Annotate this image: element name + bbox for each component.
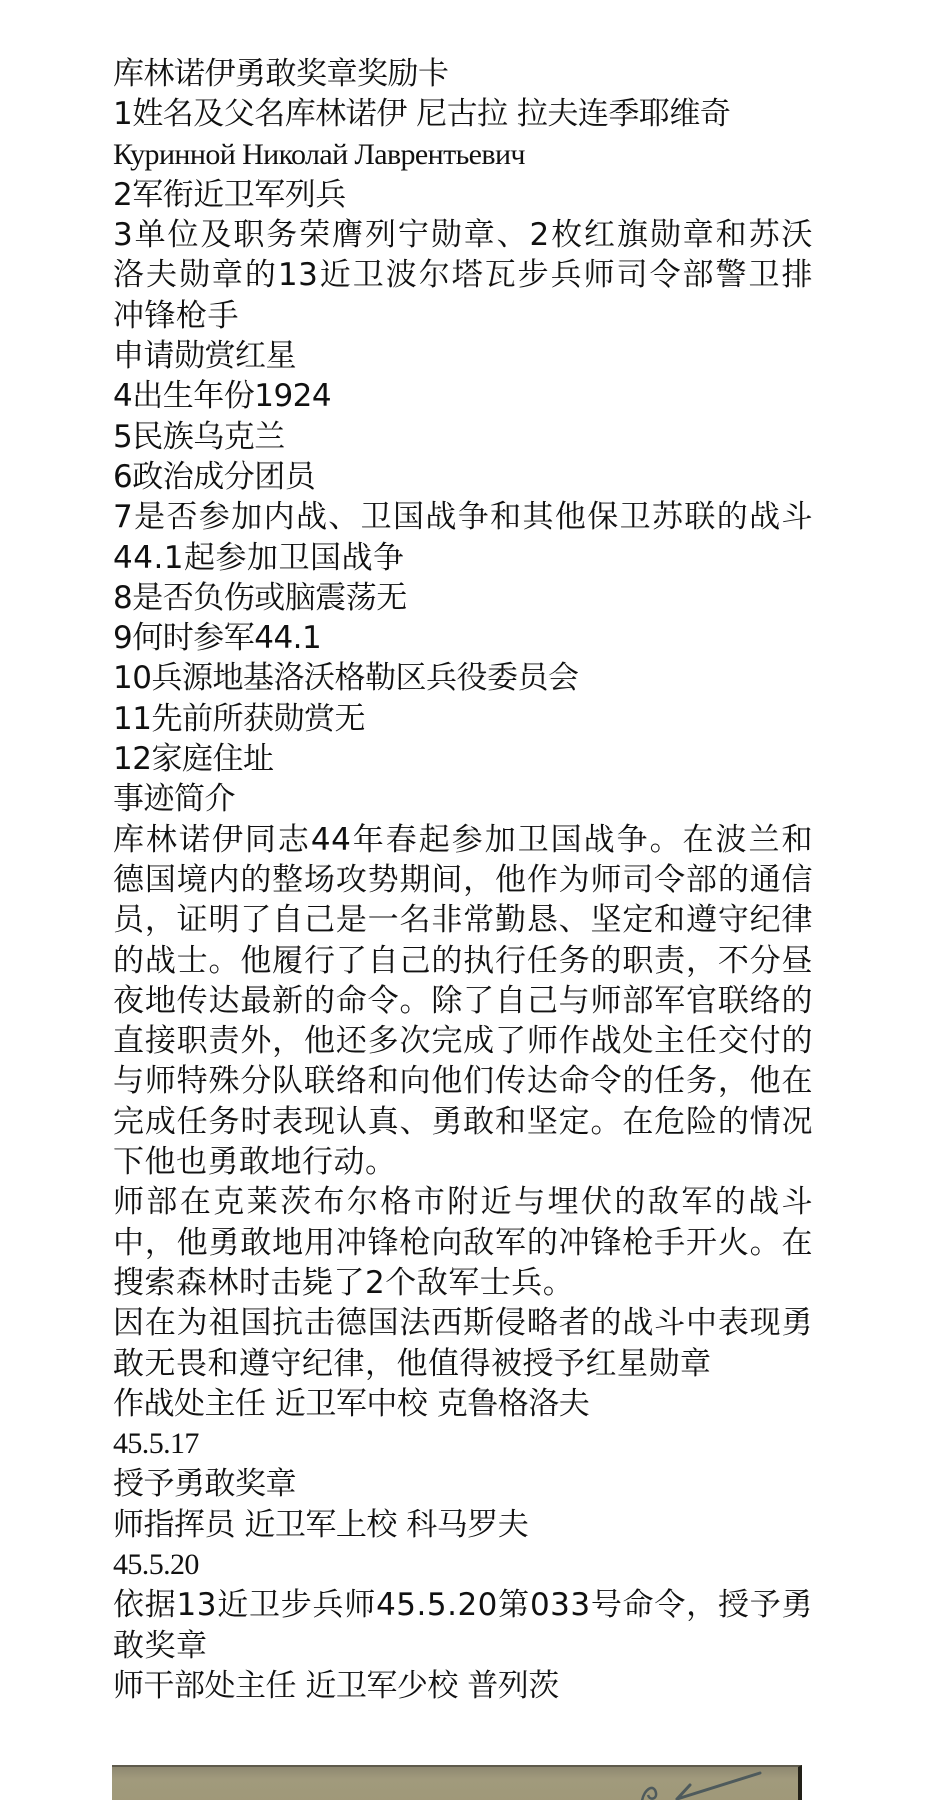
signature-date: 45.5.20	[113, 1545, 813, 1585]
summary-heading: 事迹简介	[113, 779, 813, 819]
handwritten-mark-icon	[632, 1771, 772, 1800]
field-draft-office: 10兵源地基洛沃格勒区兵役委员会	[113, 658, 813, 698]
signature-commander: 师指挥员 近卫军上校 科马罗夫	[113, 1505, 813, 1545]
field-name-russian: Куринной Николай Лаврентьевич	[113, 135, 813, 175]
field-birth-year: 4出生年份1924	[113, 376, 813, 416]
field-wounds: 8是否负伤或脑震荡无	[113, 578, 813, 618]
order-decision: 依据13近卫步兵师45.5.20第033号命令，授予勇敢奖章	[113, 1585, 813, 1666]
award-card-transcript: 库林诺伊勇敢奖章奖励卡 1姓名及父名库林诺伊 尼古拉 拉夫连季耶维奇 Курин…	[113, 54, 813, 1706]
field-award-requested: 申请勋赏红星	[113, 336, 813, 376]
field-war-participation: 7是否参加内战、卫国战争和其他保卫苏联的战斗44.1起参加卫国战争	[113, 497, 813, 578]
signature-personnel-chief: 师干部处主任 近卫军少校 普列茨	[113, 1666, 813, 1706]
commander-decision: 授予勇敢奖章	[113, 1464, 813, 1504]
field-political-status: 6政治成分团员	[113, 457, 813, 497]
field-unit-position: 3单位及职务荣膺列宁勋章、2枚红旗勋章和苏沃洛夫勋章的13近卫波尔塔瓦步兵师司令…	[113, 215, 813, 336]
signature-ops-chief: 作战处主任 近卫军中校 克鲁格洛夫	[113, 1384, 813, 1424]
document-title: 库林诺伊勇敢奖章奖励卡	[113, 54, 813, 94]
scanned-card-image	[112, 1765, 802, 1800]
field-rank: 2军衔近卫军列兵	[113, 175, 813, 215]
field-home-address: 12家庭住址	[113, 739, 813, 779]
field-name: 1姓名及父名库林诺伊 尼古拉 拉夫连季耶维奇	[113, 94, 813, 134]
summary-paragraph: 师部在克莱茨布尔格市附近与埋伏的敌军的战斗中，他勇敢地用冲锋枪向敌军的冲锋枪手开…	[113, 1182, 813, 1303]
field-nationality: 5民族乌克兰	[113, 417, 813, 457]
signature-date: 45.5.17	[113, 1424, 813, 1464]
summary-paragraph: 库林诺伊同志44年春起参加卫国战争。在波兰和德国境内的整场攻势期间，他作为师司令…	[113, 820, 813, 1183]
field-enlistment-date: 9何时参军44.1	[113, 618, 813, 658]
summary-paragraph: 因在为祖国抗击德国法西斯侵略者的战斗中表现勇敢无畏和遵守纪律，他值得被授予红星勋…	[113, 1303, 813, 1384]
field-previous-awards: 11先前所获勋赏无	[113, 699, 813, 739]
